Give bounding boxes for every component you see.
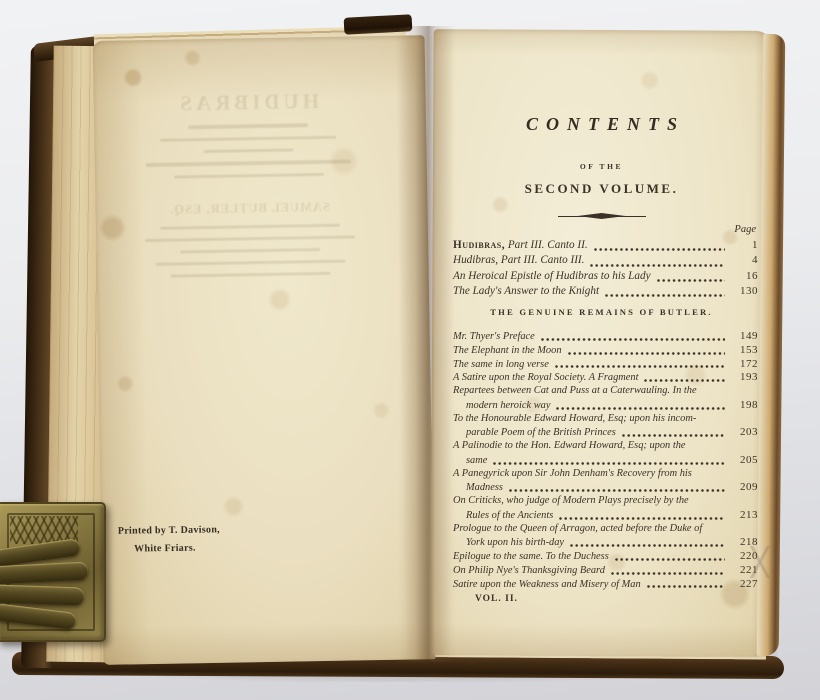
entry-title: The same in long verse bbox=[453, 359, 549, 370]
dot-leader bbox=[605, 294, 725, 297]
rule-diamond bbox=[578, 213, 626, 219]
toc-entry-line1: To the Honourable Edward Howard, Esq; up… bbox=[445, 413, 758, 427]
entry-title-continued: same bbox=[453, 455, 487, 466]
toc-entry-line1: On Criticks, who judge of Modern Plays p… bbox=[445, 495, 758, 509]
toc-entry: Hudibras, Part III. Canto III. 4 bbox=[445, 254, 758, 269]
page-subtitle: SECOND VOLUME. bbox=[445, 182, 758, 196]
entry-page-number: 172 bbox=[728, 358, 758, 370]
dot-leader bbox=[622, 434, 725, 437]
show-through-author: SAMUEL BUTLER, ESQ. bbox=[123, 199, 375, 218]
dot-leader bbox=[615, 558, 725, 561]
toc-entry: A Satire upon the Royal Society. A Fragm… bbox=[445, 371, 758, 385]
entry-page-number: 1 bbox=[728, 239, 758, 251]
left-page: HUDIBRAS SAMUEL BUTLER, ESQ. bbox=[93, 35, 436, 665]
show-through-line bbox=[155, 260, 345, 266]
dot-leader bbox=[559, 517, 725, 520]
entry-page-number: 149 bbox=[728, 330, 758, 342]
toc-entry: An Heroical Epistle of Hudibras to his L… bbox=[445, 270, 758, 285]
toc-entry-line1: A Palinodie to the Hon. Edward Howard, E… bbox=[445, 440, 758, 454]
brass-hand-finger bbox=[0, 584, 84, 605]
spine-headcap bbox=[344, 14, 413, 35]
toc-entry-line2: Rules of the Ancients 213 bbox=[445, 509, 758, 523]
dot-leader bbox=[541, 338, 725, 341]
show-through-line bbox=[146, 159, 351, 167]
toc-entry: On Philip Nye's Thanksgiving Beard 221 bbox=[445, 564, 758, 578]
entry-page-number: 213 bbox=[728, 509, 758, 521]
toc-entry-line1: Repartees between Cat and Puss at a Cate… bbox=[445, 385, 758, 399]
toc-entry: Mr. Thyer's Preface 149 bbox=[445, 330, 758, 344]
imprint-line: Printed by T. Davison, bbox=[118, 523, 220, 537]
volume-signature: VOL. II. bbox=[445, 593, 758, 605]
contents-page: CONTENTS OF THE SECOND VOLUME. Page Hudi… bbox=[445, 112, 758, 605]
toc-entry-line2: parable Poem of the British Princes 203 bbox=[445, 426, 758, 440]
decorative-rule bbox=[558, 213, 646, 219]
imprint-line: White Friars. bbox=[118, 541, 220, 555]
entry-title: An Heroical Epistle of Hudibras to his L… bbox=[453, 270, 651, 282]
entry-title-rest: Part III. Canto II. bbox=[505, 239, 588, 251]
pencil-x-mark bbox=[749, 546, 771, 578]
toc-entry-line2: Madness 209 bbox=[445, 481, 758, 495]
entry-title: To the Honourable Edward Howard, Esq; up… bbox=[453, 413, 696, 424]
toc-entry: Hudibras, Part III. Canto II. 1 bbox=[445, 239, 758, 254]
dot-leader bbox=[556, 407, 725, 410]
entry-title: A Panegyrick upon Sir John Denham's Reco… bbox=[453, 468, 692, 479]
printer-imprint: Printed by T. Davison, White Friars. bbox=[118, 523, 221, 555]
toc-entry: Satire upon the Weakness and Misery of M… bbox=[445, 578, 758, 592]
show-through-line bbox=[160, 224, 340, 230]
toc-entry-line1: A Panegyrick upon Sir John Denham's Reco… bbox=[445, 468, 758, 482]
toc-section-hudibras: Hudibras, Part III. Canto II. 1 Hudibras… bbox=[445, 239, 758, 300]
dot-leader bbox=[657, 279, 725, 282]
entry-title-continued: York upon his birth-day bbox=[453, 537, 564, 548]
entry-title-continued: Madness bbox=[453, 482, 503, 493]
entry-title: Prologue to the Queen of Arragon, acted … bbox=[453, 523, 702, 534]
entry-title: On Philip Nye's Thanksgiving Beard bbox=[453, 565, 605, 576]
show-through-line bbox=[204, 148, 294, 153]
page-title: CONTENTS bbox=[445, 112, 758, 136]
entry-page-number: 227 bbox=[728, 578, 758, 590]
toc-entry: The Lady's Answer to the Knight 130 bbox=[445, 285, 758, 300]
show-through-line bbox=[160, 136, 336, 142]
toc-section-remains: Mr. Thyer's Preface 149 The Elephant in … bbox=[445, 330, 758, 591]
dot-leader bbox=[594, 248, 725, 251]
entry-page-number: 4 bbox=[728, 254, 758, 266]
dot-leader bbox=[555, 365, 725, 368]
dot-leader bbox=[570, 544, 725, 547]
book-photograph: HUDIBRAS SAMUEL BUTLER, ESQ. CONTENTS OF… bbox=[0, 0, 820, 700]
entry-page-number: 209 bbox=[728, 481, 758, 493]
dot-leader bbox=[509, 489, 725, 492]
show-through-title: HUDIBRAS bbox=[121, 88, 373, 117]
toc-entry-line2: York upon his birth-day 218 bbox=[445, 536, 758, 550]
dot-leader bbox=[647, 585, 725, 588]
toc-entry-line1: Prologue to the Queen of Arragon, acted … bbox=[445, 523, 758, 537]
dot-leader bbox=[611, 572, 725, 575]
entry-title: The Lady's Answer to the Knight bbox=[453, 285, 599, 297]
entry-title: On Criticks, who judge of Modern Plays p… bbox=[453, 495, 689, 506]
toc-entry: Epilogue to the same. To the Duchess 220 bbox=[445, 550, 758, 564]
entry-page-number: 130 bbox=[728, 285, 758, 297]
toc-entry: The Elephant in the Moon 153 bbox=[445, 344, 758, 358]
entry-title-continued: Rules of the Ancients bbox=[453, 510, 553, 521]
entry-title-continued: parable Poem of the British Princes bbox=[453, 427, 616, 438]
section-heading: THE GENUINE REMAINS OF BUTLER. bbox=[445, 307, 758, 318]
entry-title: Repartees between Cat and Puss at a Cate… bbox=[453, 385, 697, 396]
brass-page-holder bbox=[0, 498, 112, 652]
entry-title: Hudibras, Part III. Canto III. bbox=[453, 254, 584, 266]
entry-page-number: 198 bbox=[728, 399, 758, 411]
entry-title-continued: modern heroick way bbox=[453, 400, 550, 411]
show-through-line bbox=[145, 235, 355, 242]
entry-page-number: 203 bbox=[728, 426, 758, 438]
entry-title: A Satire upon the Royal Society. A Fragm… bbox=[453, 372, 638, 383]
dot-leader bbox=[644, 379, 725, 382]
show-through-line bbox=[188, 123, 308, 129]
entry-title: Mr. Thyer's Preface bbox=[453, 331, 535, 342]
toc-entry-line2: modern heroick way 198 bbox=[445, 399, 758, 413]
dot-leader bbox=[568, 352, 725, 355]
entry-page-number: 205 bbox=[728, 454, 758, 466]
toc-entry: The same in long verse 172 bbox=[445, 358, 758, 372]
entry-title: Epilogue to the same. To the Duchess bbox=[453, 551, 609, 562]
toc-entry-line2: same 205 bbox=[445, 454, 758, 468]
entry-page-number: 16 bbox=[728, 270, 758, 282]
entry-title: A Palinodie to the Hon. Edward Howard, E… bbox=[453, 440, 686, 451]
entry-title: The Elephant in the Moon bbox=[453, 345, 562, 356]
show-through-text: HUDIBRAS SAMUEL BUTLER, ESQ. bbox=[121, 88, 376, 287]
entry-page-number: 153 bbox=[728, 344, 758, 356]
page-column-label: Page bbox=[445, 224, 758, 236]
entry-title: Hudibras, Part III. Canto II. bbox=[453, 239, 588, 251]
entry-title: Satire upon the Weakness and Misery of M… bbox=[453, 579, 641, 590]
show-through-line bbox=[174, 173, 324, 179]
dot-leader bbox=[590, 264, 725, 267]
show-through-line bbox=[180, 248, 320, 253]
entry-page-number: 193 bbox=[728, 371, 758, 383]
entry-title-lead: Hudibras, bbox=[453, 239, 505, 251]
show-through-line bbox=[171, 272, 331, 278]
page-subtitle-small: OF THE bbox=[445, 162, 758, 171]
dot-leader bbox=[493, 462, 725, 465]
